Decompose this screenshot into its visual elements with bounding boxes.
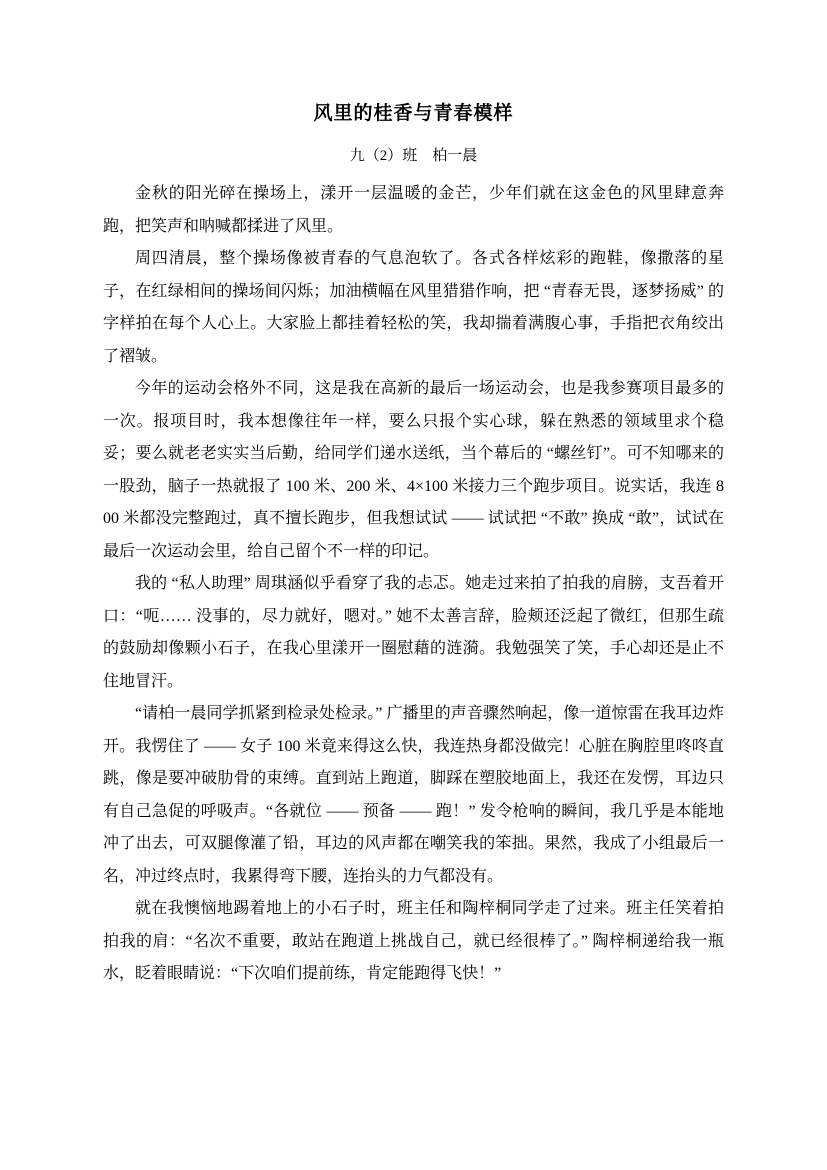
paragraph: 今年的运动会格外不同，这是我在高新的最后一场运动会，也是我参赛项目最多的一次。报… — [103, 373, 724, 568]
paragraph: “请柏一晨同学抓紧到检录处检录。” 广播里的声音骤然响起，像一道惊雷在我耳边炸开… — [103, 698, 724, 893]
paragraph: 我的 “私人助理” 周琪涵似乎看穿了我的忐忑。她走过来拍了拍我的肩膀，支吾着开口… — [103, 568, 724, 698]
document-body: 金秋的阳光碎在操场上，漾开一层温暖的金芒，少年们就在这金色的风里肆意奔跑，把笑声… — [103, 178, 724, 991]
paragraph: 周四清晨，整个操场像被青春的气息泡软了。各式各样炫彩的跑鞋，像撒落的星子，在红绿… — [103, 243, 724, 373]
byline: 九（2）班 柏一晨 — [103, 144, 724, 168]
document-page: 风里的桂香与青春模样 九（2）班 柏一晨 金秋的阳光碎在操场上，漾开一层温暖的金… — [0, 0, 827, 1170]
paragraph: 就在我懊恼地踢着地上的小石子时，班主任和陶梓桐同学走了过来。班主任笑着拍拍我的肩… — [103, 893, 724, 991]
paragraph: 金秋的阳光碎在操场上，漾开一层温暖的金芒，少年们就在这金色的风里肆意奔跑，把笑声… — [103, 178, 724, 243]
document-title: 风里的桂香与青春模样 — [103, 100, 724, 128]
